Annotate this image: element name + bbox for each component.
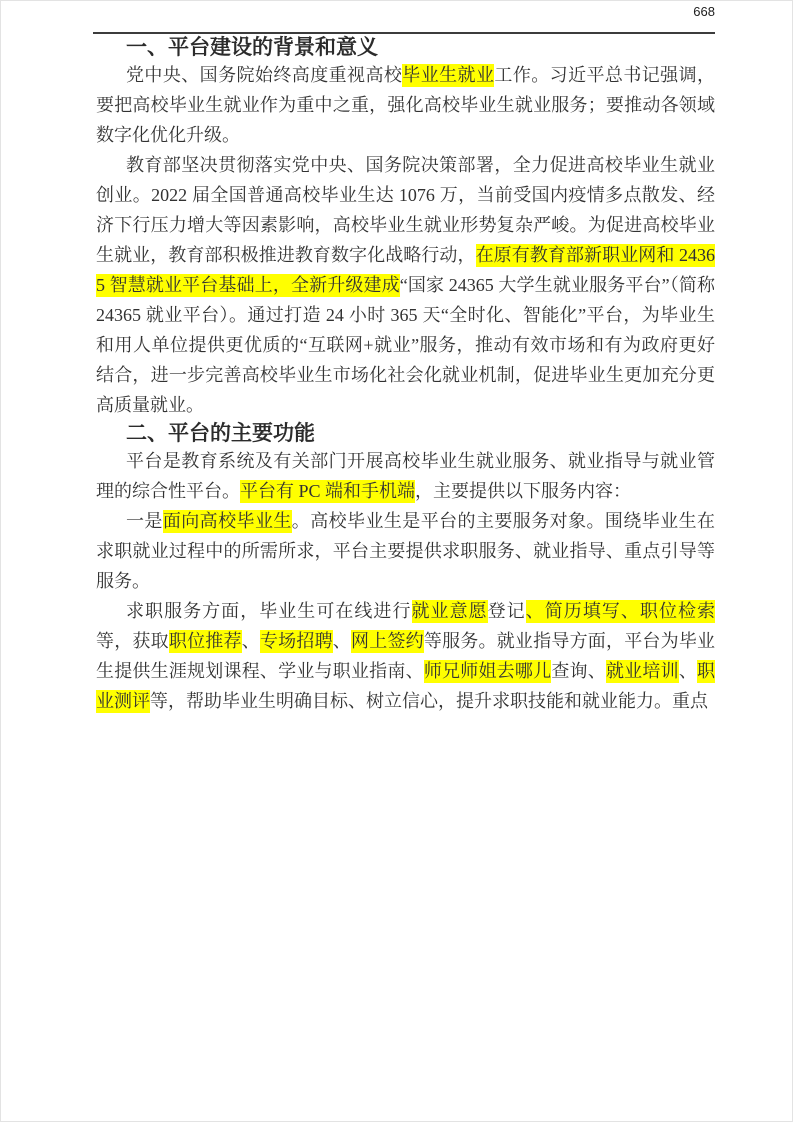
highlighted-text: 、简历填写 bbox=[526, 600, 621, 623]
document-paragraph: 党中央、国务院始终高度重视高校毕业生就业工作。习近平总书记强调，要把高校毕业生就… bbox=[96, 60, 715, 150]
text-run: 查询、 bbox=[551, 661, 606, 681]
document-paragraph: 教育部坚决贯彻落实党中央、国务院决策部署，全力促进高校毕业生就业创业。2022 … bbox=[96, 150, 715, 420]
document-page: 668 一、平台建设的背景和意义党中央、国务院始终高度重视高校毕业生就业工作。习… bbox=[0, 0, 793, 1122]
highlighted-text: 毕业生就业 bbox=[402, 64, 494, 87]
highlighted-text: 专场招聘 bbox=[260, 630, 333, 653]
text-run: 、 bbox=[679, 661, 697, 681]
text-run: ，主要提供以下服务内容： bbox=[415, 481, 631, 501]
highlighted-text: 职位推荐 bbox=[169, 630, 242, 653]
text-run: 党中央、国务院始终高度重视高校 bbox=[126, 65, 402, 85]
page-number: 668 bbox=[96, 1, 715, 20]
highlighted-text: 就业培训 bbox=[606, 660, 679, 683]
text-run: 等，获取 bbox=[96, 631, 169, 651]
section-heading: 二、平台的主要功能 bbox=[126, 420, 715, 446]
document-content: 一、平台建设的背景和意义党中央、国务院始终高度重视高校毕业生就业工作。习近平总书… bbox=[96, 34, 715, 716]
text-run: 求职服务方面，毕业生可在线进行 bbox=[126, 601, 412, 621]
text-run: 等，帮助毕业生明确目标、树立信心，提升求职技能和就业能力。重点 bbox=[150, 691, 708, 711]
document-paragraph: 求职服务方面，毕业生可在线进行就业意愿登记、简历填写、职位检索等，获取职位推荐、… bbox=[96, 596, 715, 716]
section-heading: 一、平台建设的背景和意义 bbox=[126, 34, 715, 60]
highlighted-text: 平台有 PC 端和手机端 bbox=[240, 480, 415, 503]
text-run: 登记 bbox=[488, 601, 526, 621]
highlighted-text: 师兄师姐去哪儿 bbox=[424, 660, 551, 683]
text-run: 、 bbox=[333, 631, 351, 651]
highlighted-text: 网上签约 bbox=[351, 630, 424, 653]
highlighted-text: 面向高校毕业生 bbox=[163, 510, 292, 533]
document-paragraph: 一是面向高校毕业生。高校毕业生是平台的主要服务对象。围绕毕业生在求职就业过程中的… bbox=[96, 506, 715, 596]
text-run: 一是 bbox=[126, 511, 163, 531]
document-paragraph: 平台是教育系统及有关部门开展高校毕业生就业服务、就业指导与就业管理的综合性平台。… bbox=[96, 446, 715, 506]
text-run: 、 bbox=[242, 631, 260, 651]
highlighted-text: 就业意愿 bbox=[412, 600, 488, 623]
highlighted-text: 、职位检索 bbox=[621, 600, 715, 623]
